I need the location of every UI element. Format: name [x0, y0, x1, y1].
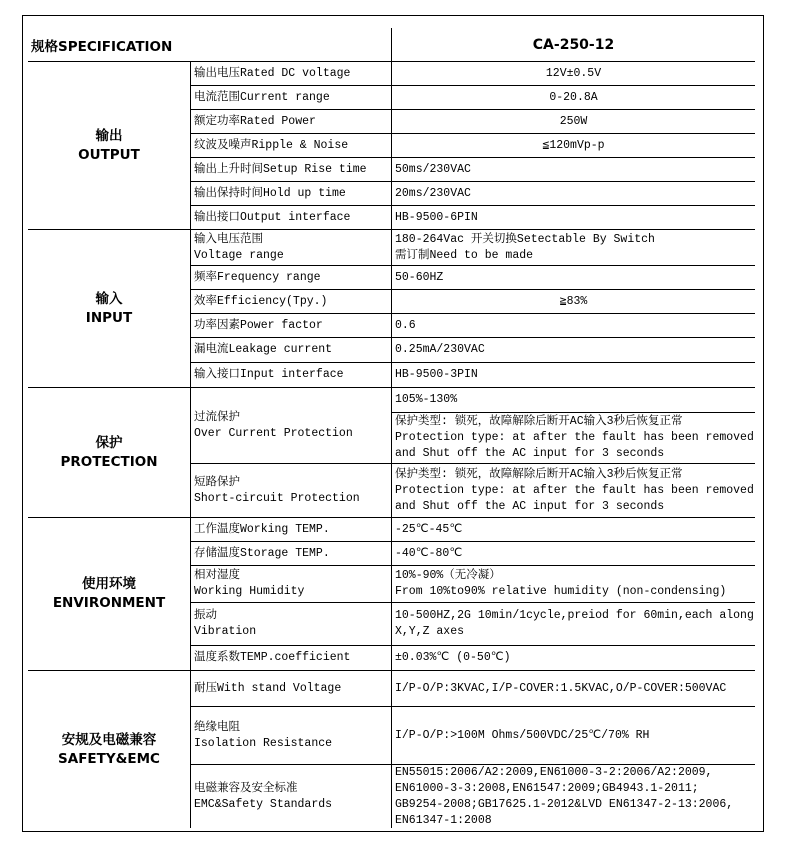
row-value: EN55015:2006/A2:2009,EN61000-3-2:2006/A2…	[392, 765, 755, 828]
short-circuit-label: 短路保护 Short-circuit Protection	[191, 464, 391, 517]
value-line: EN61347-1:2008	[395, 813, 755, 829]
label-cn: 短路保护	[194, 475, 391, 491]
label-en: Working Humidity	[194, 584, 391, 600]
over-current-label: 过流保护 Over Current Protection	[191, 388, 391, 463]
row-value: 0-20.8A	[392, 86, 755, 109]
row-value: I/P-O/P:>100M Ohms/500VDC/25℃/70% RH	[392, 707, 755, 764]
value-line: 保护类型: 锁死，故障解除后断开AC输入3秒后恢复正常	[395, 467, 755, 483]
value-line: 保护类型: 锁死，故障解除后断开AC输入3秒后恢复正常	[395, 414, 755, 430]
row-value: 20ms/230VAC	[392, 182, 755, 205]
value-line: and Shut off the AC input for 3 seconds	[395, 446, 755, 462]
value-line: and Shut off the AC input for 3 seconds	[395, 499, 755, 515]
row-label: 输出接口Output interface	[191, 206, 391, 229]
value-line: 180-264Vac 开关切换Setectable By Switch	[395, 232, 755, 248]
row-label: 功率因素Power factor	[191, 314, 391, 337]
label-en: Over Current Protection	[194, 426, 391, 442]
value-line: Protection type: at after the fault has …	[395, 483, 755, 499]
row-value: 50-60HZ	[392, 266, 755, 289]
spec-title: 规格SPECIFICATION	[23, 28, 390, 61]
value-line: EN61000-3-3:2008,EN61547:2009;GB4943.1-2…	[395, 781, 755, 797]
section-name-cn: 输入	[96, 290, 123, 309]
row-value: I/P-O/P:3KVAC,I/P-COVER:1.5KVAC,O/P-COVE…	[392, 671, 755, 706]
row-label: 输入接口Input interface	[191, 363, 391, 387]
row-value: 12V±0.5V	[392, 62, 755, 85]
row-label: 耐压With stand Voltage	[191, 671, 391, 706]
label-cn: 输入电压范围	[194, 232, 391, 248]
row-label: 温度系数TEMP.coefficient	[191, 646, 391, 670]
label-cn: 电磁兼容及安全标准	[194, 781, 391, 797]
row-label: 工作温度Working TEMP.	[191, 518, 391, 541]
section-input: 输入 INPUT	[28, 230, 190, 387]
model-number: CA-250-12	[392, 28, 755, 61]
section-safety: 安规及电磁兼容 SAFETY&EMC	[28, 671, 190, 828]
row-label: 额定功率Rated Power	[191, 110, 391, 133]
row-label: 振动 Vibration	[191, 603, 391, 645]
section-output: 输出 OUTPUT	[28, 62, 190, 229]
label-en: Vibration	[194, 624, 391, 640]
row-value: 0.25mA/230VAC	[392, 338, 755, 362]
section-protection: 保护 PROTECTION	[28, 388, 190, 517]
row-value: ≦120mVp-p	[392, 134, 755, 157]
row-label: 相对湿度 Working Humidity	[191, 566, 391, 602]
row-label: 存储温度Storage TEMP.	[191, 542, 391, 565]
row-value: HB-9500-3PIN	[392, 363, 755, 387]
row-value: 50ms/230VAC	[392, 158, 755, 181]
row-label: 漏电流Leakage current	[191, 338, 391, 362]
row-label: 输入电压范围 Voltage range	[191, 230, 391, 265]
row-label: 绝缘电阻 Isolation Resistance	[191, 707, 391, 764]
row-label: 电流范围Current range	[191, 86, 391, 109]
row-value: -40℃-80℃	[392, 542, 755, 565]
label-en: Isolation Resistance	[194, 736, 391, 752]
label-en: EMC&Safety Standards	[194, 797, 391, 813]
value-line: EN55015:2006/A2:2009,EN61000-3-2:2006/A2…	[395, 765, 755, 781]
label-en: Voltage range	[194, 248, 391, 264]
value-line: Protection type: at after the fault has …	[395, 430, 755, 446]
row-label: 输出上升时间Setup Rise time	[191, 158, 391, 181]
value-line: X,Y,Z axes	[395, 624, 755, 640]
row-label: 频率Frequency range	[191, 266, 391, 289]
label-cn: 过流保护	[194, 410, 391, 426]
section-name-cn: 使用环境	[82, 575, 136, 594]
row-label: 电磁兼容及安全标准 EMC&Safety Standards	[191, 765, 391, 828]
section-name-cn: 保护	[96, 434, 123, 453]
label-cn: 绝缘电阻	[194, 720, 391, 736]
over-current-type: 保护类型: 锁死，故障解除后断开AC输入3秒后恢复正常 Protection t…	[392, 413, 755, 463]
section-name-en: ENVIRONMENT	[53, 594, 165, 613]
row-value: 10-500HZ,2G 10min/1cycle,preiod for 60mi…	[392, 603, 755, 645]
row-label: 效率Efficiency(Tpy.)	[191, 290, 391, 313]
section-name-cn: 输出	[96, 127, 123, 146]
section-name-en: SAFETY&EMC	[58, 750, 160, 769]
section-name-en: INPUT	[86, 309, 132, 328]
over-current-range: 105%-130%	[392, 388, 755, 412]
row-label: 输出保持时间Hold up time	[191, 182, 391, 205]
row-value: 250W	[392, 110, 755, 133]
section-name-en: PROTECTION	[60, 453, 157, 472]
value-line: 10%-90%（无冷凝）	[395, 568, 755, 584]
value-line: From 10%to90% relative humidity (non-con…	[395, 584, 755, 600]
label-en: Short-circuit Protection	[194, 491, 391, 507]
row-value: ±0.03%℃ (0-50℃)	[392, 646, 755, 670]
label-cn: 相对湿度	[194, 568, 391, 584]
row-label: 输出电压Rated DC voltage	[191, 62, 391, 85]
value-line: 10-500HZ,2G 10min/1cycle,preiod for 60mi…	[395, 608, 755, 624]
row-value: 0.6	[392, 314, 755, 337]
section-environment: 使用环境 ENVIRONMENT	[28, 518, 190, 670]
label-cn: 振动	[194, 608, 391, 624]
short-circuit-type: 保护类型: 锁死，故障解除后断开AC输入3秒后恢复正常 Protection t…	[392, 464, 755, 517]
row-value: ≧83%	[392, 290, 755, 313]
value-line: GB9254-2008;GB17625.1-2012&LVD EN61347-2…	[395, 797, 755, 813]
row-value: -25℃-45℃	[392, 518, 755, 541]
row-value: 180-264Vac 开关切换Setectable By Switch 需订制N…	[392, 230, 755, 265]
row-value: HB-9500-6PIN	[392, 206, 755, 229]
section-name-cn: 安规及电磁兼容	[62, 731, 157, 750]
row-value: 10%-90%（无冷凝） From 10%to90% relative humi…	[392, 566, 755, 602]
section-name-en: OUTPUT	[78, 146, 140, 165]
value-line: 需订制Need to be made	[395, 248, 755, 264]
row-label: 纹波及噪声Ripple & Noise	[191, 134, 391, 157]
